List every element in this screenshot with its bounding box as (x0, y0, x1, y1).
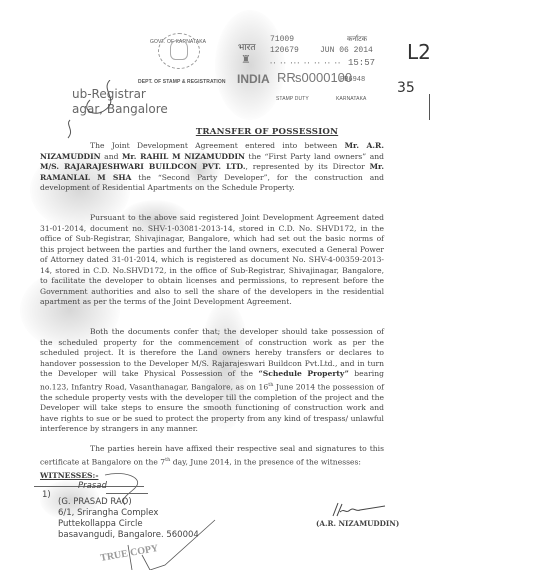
p1-text-3: the “First Party land owners” and (245, 152, 384, 161)
witness-underline (106, 493, 148, 494)
p1-party-2: Mr. RAHIL M NIZAMUDDIN (122, 152, 245, 161)
karnataka-hindi-label: कर्नाटक (347, 35, 367, 44)
p1-text-1: The Joint Development Agreement entered … (90, 141, 345, 150)
dept-label: DEPT. OF STAMP & REGISTRATION (138, 79, 226, 85)
paragraph-agreement: The Joint Development Agreement entered … (40, 141, 384, 194)
stamp-duty-label: STAMP DUTY (276, 96, 309, 102)
stamp-code: PB6948 (340, 76, 365, 84)
true-copy-signature (120, 515, 220, 570)
witness-1-name: (G. PRASAD RAO) (58, 497, 132, 508)
p1-developer: M/S. RAJARAJESHWARI BUILDCON PVT. LTD. (40, 162, 245, 171)
emblem-center-icon (170, 40, 188, 60)
p1-text-2: and (101, 152, 122, 161)
signatory-signature (330, 500, 390, 520)
p3-schedule-property: “Schedule Property” (258, 369, 348, 378)
india-label: INDIA (237, 72, 270, 86)
stamp-ticks: ▪▪ ▪▪ ▪▪▪ ▪▪ ▪▪ ▪▪ ▪▪ (270, 62, 341, 66)
serial-top: 71009 (270, 35, 294, 44)
stamp-date: JUN 06 2014 (320, 46, 373, 55)
paragraph-possession: Both the documents confer that; the deve… (40, 327, 384, 435)
p4-text-2: day, June 2014, in the presence of the w… (170, 457, 361, 466)
paragraph-signatures: The parties herein have affixed their re… (40, 444, 384, 468)
paragraph-pursuant: Pursuant to the above said registered Jo… (40, 213, 384, 308)
handwritten-ref-number: 35 (397, 80, 415, 96)
serial-second: 120679 (270, 46, 299, 55)
witnesses-heading: WITNESSES:- (40, 471, 99, 480)
p1-text-4: , represented by its Director (245, 162, 369, 171)
handwritten-stroke (429, 94, 430, 120)
p2-text: Pursuant to the above said registered Jo… (40, 213, 384, 306)
signatory-name: (A.R. NIZAMUDDIN) (316, 519, 399, 528)
document-title: TRANSFER OF POSSESSION (0, 127, 534, 137)
handwritten-ref-l2: L2 (407, 40, 431, 64)
ashoka-emblem-icon: ♜ (241, 53, 251, 66)
witness-1-signature: Prasad (78, 481, 107, 492)
bharat-label: भारत (238, 40, 255, 53)
witness-1-number: 1) (42, 490, 51, 501)
stamp-state-label: KARNATAKA (336, 96, 366, 102)
stamp-time: 15:57 (348, 58, 375, 68)
